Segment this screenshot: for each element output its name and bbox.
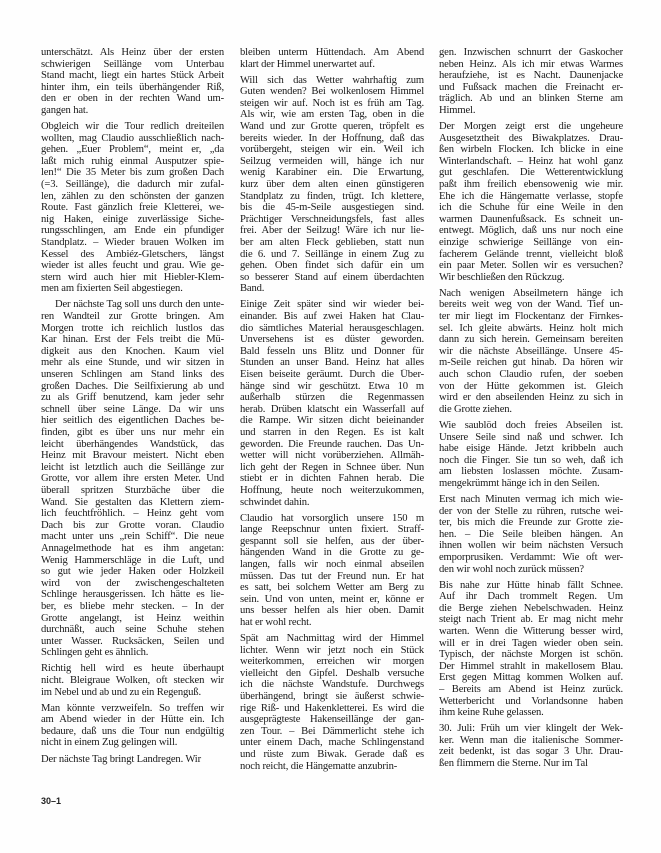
text-line: habe eisige Hände. Jetzt kribbeln auch xyxy=(439,443,623,455)
page-number: 30–1 xyxy=(41,796,61,806)
text-line: Spät am Nachmittag wird der Himmel xyxy=(240,633,424,645)
paragraph: Will sich das Wetter wahrhaftig zumGuten… xyxy=(240,75,424,295)
text-line: lich feuchtfröhlich. – Heinz geht vom xyxy=(41,508,224,520)
text-line: len, zählen zu den schönsten der ganzen xyxy=(41,191,224,203)
text-line: wird von der zwischengeschalteten xyxy=(41,578,224,590)
text-line: Auf ihr Dach trommelt Regen. Um xyxy=(439,591,623,603)
text-line: Prächtiger Verschneidungsfels, fast alle… xyxy=(240,214,424,226)
text-line: warmen Daunenfußsack. Es schneit un- xyxy=(439,214,623,226)
text-line: mehr als eine Stunde, und wir sitzen in xyxy=(41,357,224,369)
text-line: Bis nahe zur Hütte hinab fällt Schnee. xyxy=(439,580,623,592)
text-line: durchnäßt, auch seine Schuhe stehen xyxy=(41,624,224,636)
text-line: ber am alten Fleck geblieben, statt nun xyxy=(240,237,424,249)
text-line: lange Reepschnur unten fixiert. Straff- xyxy=(240,524,424,536)
document-page: unterschätzt. Als Heinz über der erstens… xyxy=(0,0,661,853)
text-line: und Fußsack machen die Freinacht er- xyxy=(439,82,623,94)
text-line: Annagelmethode hat es ihm angetan: xyxy=(41,543,224,555)
text-line: mengekrümmt hänge ich in den Seilen. xyxy=(439,478,623,490)
text-line: und starren in den Regen. Es ist kalt xyxy=(240,427,424,439)
paragraph: Einige Zeit später sind wir wieder bei-e… xyxy=(240,299,424,508)
text-line: hen. – Die Seile bleiben hängen. An xyxy=(439,529,623,541)
text-line: uns besser helfen als hier oben. Damit xyxy=(240,605,424,617)
text-line: Erst gegen Mittag kommen Wolken auf. xyxy=(439,672,623,684)
text-line: so besserer Stand auf einem überdachten xyxy=(240,272,424,284)
paragraph: Der nächste Tag bringt Landregen. Wir xyxy=(41,754,224,766)
text-line: Stunden an unser Band. Heinz hat alles xyxy=(240,357,424,369)
text-line: einzige schwierige Seillänge von ein- xyxy=(439,237,623,249)
text-column-1: unterschätzt. Als Heinz über der erstens… xyxy=(41,47,224,770)
text-line: rige Riß- und Hakenkletterei. Es wird di… xyxy=(240,703,424,715)
text-line: Standplatz. – Wieder brauen Wolken im xyxy=(41,237,224,249)
text-line: unter einem Dach, mache Schlingenstand xyxy=(240,737,424,749)
text-line: wir die nächste Abseillänge. Unsere 45- xyxy=(439,346,623,358)
text-line: bereits weit weg von der Wand. Tief un- xyxy=(439,299,623,311)
text-line: Ausgesetztheit des Biwakplatzes. Drau- xyxy=(439,133,623,145)
text-line: wollten, mag Claudio ausschließlich nach… xyxy=(41,133,224,145)
text-line: stiebt er in dichten Fahnen herab. Die xyxy=(240,473,424,485)
text-line: nicht. Bleigraue Wolken, oft stecken wir xyxy=(41,675,224,687)
text-line: leicht ist letztlich auch die Seillänge … xyxy=(41,462,224,474)
text-line: sel. Ich gleite abwärts. Heinz holt mich xyxy=(439,323,623,335)
text-line: lich geht der Regen in Schnee über. Nun xyxy=(240,462,424,474)
text-line: Ehe ich die Hängematte verlasse, stopfe xyxy=(439,191,623,203)
text-line: len!“ Die 35 Meter bis zum großen Dach xyxy=(41,167,224,179)
text-line: wetter will nicht vorüberziehen. Allmäh- xyxy=(240,450,424,462)
text-line: rungsschlingen, am Ende ein pfundiger xyxy=(41,225,224,237)
text-line: Kessel des Ambiéz-Gletschers, längst xyxy=(41,249,224,261)
text-line: Eisen beiseite geräumt. Durch die Über- xyxy=(240,369,424,381)
text-line: dio sämtliches Material herausgeschlagen… xyxy=(240,323,424,335)
text-line: gehen. „Euer Problem“, meint er, „da xyxy=(41,144,224,156)
text-line: Dach bis zur Grotte voran. Claudio xyxy=(41,520,224,532)
text-line: Der Himmel strahlt in makellosem Blau. xyxy=(439,661,623,673)
text-line: Heinz mit Bravour meistert. Nicht eben xyxy=(41,450,224,462)
text-line: men am fixierten Seil abgestiegen. xyxy=(41,283,224,295)
text-line: außerhalb stürzen die Regenmassen xyxy=(240,392,424,404)
text-line: will er in drei Tagen wieder oben sein. xyxy=(439,638,623,650)
text-line: m-Seile reichen gut hinab. Da hören wir xyxy=(439,357,623,369)
text-line: Der nächste Tag soll uns durch den unte- xyxy=(41,299,224,311)
text-line: Typisch, der nächste Morgen ist schön. xyxy=(439,649,623,661)
text-line: geworden. Die Freunde rauchen. Das Un- xyxy=(240,439,424,451)
text-line: entwegt. Möglich, daß uns nur noch eine xyxy=(439,225,623,237)
text-line: 30. Juli: Früh um vier klingelt der Wek- xyxy=(439,723,623,735)
text-line: facherem Gelände trennt, vielleicht bloß xyxy=(439,249,623,261)
text-line: schwindet dahin. xyxy=(240,497,424,509)
text-line: Unversehens ist es düster geworden. xyxy=(240,334,424,346)
text-line: von der Hütte gekommen ist. Gleich xyxy=(439,381,623,393)
text-line: kurz über dem alten einen günstigeren xyxy=(240,179,424,191)
text-line: Hoffnung, heute noch weiterzukommen, xyxy=(240,485,424,497)
text-line: die Grotte ziehen. xyxy=(439,404,623,416)
text-line: gen. Inzwischen schnurrt der Gaskocher xyxy=(439,47,623,59)
text-line: paßt ihm freilich ebensowenig wie mir. xyxy=(439,179,623,191)
text-line: langen, falls wir noch einmal abseilen xyxy=(240,559,424,571)
text-line: Standplatz zu finden, trügt. Ich kletter… xyxy=(240,191,424,203)
text-line: laßt mich ruhig einmal Ausputzer spie- xyxy=(41,156,224,168)
text-line: Unsere Seile sind naß und schwer. Ich xyxy=(439,432,623,444)
paragraph: Wie saublöd doch freies Abseilen ist.Uns… xyxy=(439,420,623,490)
text-line: steigt nach Trient ab. Er mag nicht mehr xyxy=(439,614,623,626)
paragraph: Man könnte verzweifeln. So treffen wiram… xyxy=(41,703,224,749)
text-line: gut geschlafen. Die Wetterentwicklung xyxy=(439,167,623,179)
paragraph: Obgleich wir die Tour redlich dreiteilen… xyxy=(41,121,224,295)
text-line: bleiben unterm Hüttendach. Am Abend xyxy=(240,47,424,59)
text-line: frei. Aber der Seilzug! Wäre ich nur lie… xyxy=(240,225,424,237)
paragraph: Der nächste Tag soll uns durch den unte-… xyxy=(41,299,224,658)
text-line: nicht in einem Zug gelingen will. xyxy=(41,737,224,749)
text-line: heraufziehe, ist es Nacht. Daunenjacke xyxy=(439,70,623,82)
text-line: auch schon Claudio rufen, der soeben xyxy=(439,369,623,381)
paragraph: Bis nahe zur Hütte hinab fällt Schnee.Au… xyxy=(439,580,623,719)
text-line: ihm keine Ruhe gelassen. xyxy=(439,707,623,719)
text-line: Route. Fast gänzlich freie Kletterei, we… xyxy=(41,202,224,214)
text-line: die 6. und 7. Seillänge in einem Zug zu xyxy=(240,249,424,261)
text-line: ich die Schuhe für eine Weile in den xyxy=(439,202,623,214)
text-line: zen Tour. – Bei Dämmerlicht stehe ich xyxy=(240,726,424,738)
paragraph: Der Morgen zeigt erst die ungeheureAusge… xyxy=(439,121,623,283)
text-line: Wenig Hammerschläge in die Luft, und xyxy=(41,555,224,567)
text-line: Wetterbericht und Vorlandsonne haben xyxy=(439,696,623,708)
paragraph: Erst nach Minuten vermag ich mich wie-de… xyxy=(439,494,623,575)
text-line: so gut wie jeder Haken oder Holzkeil xyxy=(41,566,224,578)
text-line: noch die Finger. Sie tun so weh, daß ich xyxy=(439,455,623,467)
text-line: macht unter uns „rein Schiff“. Die neue xyxy=(41,531,224,543)
text-line: Winterlandschaft. – Heinz hat wohl ganz xyxy=(439,156,623,168)
text-line: bereits wieder. In der Hoffnung, daß das xyxy=(240,133,424,145)
text-line: am liebsten loslassen möchte. Zusam- xyxy=(439,466,623,478)
text-line: ter, bis mich die Freunde zur Grotte zie… xyxy=(439,517,623,529)
text-line: steigen wir auf. Noch ist es früh am Tag… xyxy=(240,98,424,110)
text-line: gangen hat. xyxy=(41,105,224,117)
text-line: überall spritzen Sturzbäche über die xyxy=(41,485,224,497)
text-line: Band. xyxy=(240,283,424,295)
text-line: Schlinge herausgerissen. Ich hätte es li… xyxy=(41,589,224,601)
text-line: vielleicht den Gipfel. Deshalb versuche xyxy=(240,668,424,680)
text-line: dann zu sich herein. Gemeinsam bereiten xyxy=(439,334,623,346)
text-line: unter Wasser. Rucksäcken, Seilen und xyxy=(41,636,224,648)
text-line: Schlingen geht es ähnlich. xyxy=(41,647,224,659)
text-line: die Berge ziehen Nebelschwaden. Heinz xyxy=(439,603,623,615)
text-line: hängenden Wand in die Grotte zu ge- xyxy=(240,547,424,559)
text-line: ausgeprägteste Hakenseillänge der gan- xyxy=(240,714,424,726)
text-line: Wand und zur Grotte queren, tröpfelt es xyxy=(240,121,424,133)
text-line: wenig Karabiner ein. Die Erwartung, xyxy=(240,167,424,179)
text-line: gehen. Oben findet sich dafür ein um xyxy=(240,260,424,272)
text-line: ker. Wenn man die italienische Sommer- xyxy=(439,735,623,747)
text-line: nig Haken, einige zuverlässige Siche- xyxy=(41,214,224,226)
text-column-2: bleiben unterm Hüttendach. Am Abendklart… xyxy=(240,47,424,777)
paragraph: bleiben unterm Hüttendach. Am Abendklart… xyxy=(240,47,424,70)
text-line: am Abend wieder in der Hütte ein. Ich xyxy=(41,714,224,726)
text-line: stern wird auch hier mit Hiebler-Klem- xyxy=(41,272,224,284)
text-line: der von der Stelle zu rühren, rutsche we… xyxy=(439,506,623,518)
text-line: Als wir, wie am ersten Tag, oben in die xyxy=(240,109,424,121)
text-line: schnell über seine Länge. Da wir uns xyxy=(41,404,224,416)
text-line: neben Heinz. Als ich mir etwas Warmes xyxy=(439,59,623,71)
text-line: ber, es bliebe mehr stecken. – In der xyxy=(41,601,224,613)
text-line: ter mir liegt im Flockentanz der Firnkes… xyxy=(439,311,623,323)
text-line: ßen flimmern die Sterne. Nur im Tal xyxy=(439,758,623,770)
text-line: Erst nach Minuten vermag ich mich wie- xyxy=(439,494,623,506)
text-line: schwierigen Seillänge vom Unterbau xyxy=(41,59,224,71)
text-line: Claudio hat vorsorglich unsere 150 m xyxy=(240,513,424,525)
text-line: sein. Und von unten, meint er, könne er xyxy=(240,594,424,606)
text-line: ich die nächste Wandstufe. Durchwegs xyxy=(240,679,424,691)
text-line: und rüste zum Biwak. Gerade daß es xyxy=(240,749,424,761)
text-line: überhängend, bringt sie äußerst schwie- xyxy=(240,691,424,703)
paragraph: gen. Inzwischen schnurrt der Gaskocherne… xyxy=(439,47,623,117)
text-line: im Nebel und ab und zu ein Regenguß. xyxy=(41,687,224,699)
text-line: Wand. Sie gestalten das Klettern ziem- xyxy=(41,497,224,509)
text-line: ßen wirbeln Flocken. Ich blicke in eine xyxy=(439,144,623,156)
text-line: Einige Zeit später sind wir wieder bei- xyxy=(240,299,424,311)
text-line: leicht überhängendes Wandstück, das xyxy=(41,439,224,451)
text-line: Morgen trotte ich reichlich lustlos das xyxy=(41,323,224,335)
text-line: (=3. Seillänge), die dadurch mir zufal- xyxy=(41,179,224,191)
text-line: herab. Drüben klatscht ein Wasserfall au… xyxy=(240,404,424,416)
text-line: träglich. Ab und an blinken Sterne am xyxy=(439,93,623,105)
text-line: den er oben in der rechten Wand um- xyxy=(41,93,224,105)
text-column-3: gen. Inzwischen schnurrt der Gaskocherne… xyxy=(439,47,623,774)
text-line: digkeit aus den Knochen. Kaum viel xyxy=(41,346,224,358)
text-line: bedaure, daß uns die Tour nun endgültig xyxy=(41,726,224,738)
text-line: lichter. Wenn wir jetzt noch ein Stück xyxy=(240,645,424,657)
text-line: Der nächste Tag bringt Landregen. Wir xyxy=(41,754,224,766)
text-line: wieder ist alles feucht und grau. Wie ge… xyxy=(41,260,224,272)
text-line: klart der Himmel unerwartet auf. xyxy=(240,59,424,71)
text-line: Stand macht, liegt ein hartes Stück Arbe… xyxy=(41,70,224,82)
text-line: zeit bedenkt, ist das sogar 3 Uhr. Drau- xyxy=(439,746,623,758)
text-line: Der Morgen zeigt erst die ungeheure xyxy=(439,121,623,133)
text-line: zu als Griff benutzend, kam jeder sehr xyxy=(41,392,224,404)
text-line: hinter ihm, ein teils überhängender Riß, xyxy=(41,82,224,94)
text-line: ein paar Meter. Sollen wir es versuchen? xyxy=(439,260,623,272)
paragraph: Nach wenigen Abseilmetern hänge ichberei… xyxy=(439,288,623,416)
text-line: hänge sind wir geschützt. Etwa 10 m xyxy=(240,381,424,393)
text-line: Obgleich wir die Tour redlich dreiteilen xyxy=(41,121,224,133)
text-line: Nach wenigen Abseilmetern hänge ich xyxy=(439,288,623,300)
text-line: unterschätzt. Als Heinz über der ersten xyxy=(41,47,224,59)
text-line: die Rampe. Wir sitzen dicht beieinander xyxy=(240,415,424,427)
paragraph: Richtig hell wird es heute überhauptnich… xyxy=(41,663,224,698)
text-line: hier seitlich des eigentlichen Daches be… xyxy=(41,415,224,427)
paragraph: Claudio hat vorsorglich unsere 150 mlang… xyxy=(240,513,424,629)
paragraph: 30. Juli: Früh um vier klingelt der Wek-… xyxy=(439,723,623,769)
text-line: warten. Wenn die Witterung besser wird, xyxy=(439,626,623,638)
text-line: unseren Schlingen am Stand links des xyxy=(41,369,224,381)
text-line: finden, gibt es über uns nur mehr ein xyxy=(41,427,224,439)
text-line: vorübergeht, steigen wir ein. Weil ich xyxy=(240,144,424,156)
text-line: den wir wohl noch zurück müssen? xyxy=(439,564,623,576)
text-line: Will sich das Wetter wahrhaftig zum xyxy=(240,75,424,87)
text-line: Wie saublöd doch freies Abseilen ist. xyxy=(439,420,623,432)
text-line: Richtig hell wird es heute überhaupt xyxy=(41,663,224,675)
text-line: es satt, bei solchem Wetter am Berg zu xyxy=(240,582,424,594)
text-line: noch reicht, die Hängematte anzubrin- xyxy=(240,761,424,773)
text-line: ihnen wollen wir beim nächsten Versuch xyxy=(439,540,623,552)
text-line: Seilzug vermeiden will, hänge ich nur xyxy=(240,156,424,168)
text-line: müssen. Das tut der Freund nun. Er hat xyxy=(240,571,424,583)
text-line: Kar hinan. Erst der Fels treibt die Mü- xyxy=(41,334,224,346)
text-line: – Bereits am Abend ist Heinz zurück. xyxy=(439,684,623,696)
text-line: gespannt soll sie helfen, aus der über- xyxy=(240,536,424,548)
text-line: Grotte angelangt, ist Heinz weithin xyxy=(41,613,224,625)
text-line: wird er den abseilenden Heinz zu sich in xyxy=(439,392,623,404)
text-line: bis die 45-m-Seile ausgestiegen sind. xyxy=(240,202,424,214)
text-line: Bald fesseln uns Blitz und Donner für xyxy=(240,346,424,358)
text-line: Grotte, vor allem ihre ersten Meter. Und xyxy=(41,473,224,485)
text-line: einander. Bis auf zwei Haken hat Clau- xyxy=(240,311,424,323)
text-line: hat er wohl recht. xyxy=(240,617,424,629)
text-line: weiterkommen, erreichen wir morgen xyxy=(240,656,424,668)
text-line: Guten wenden? Bei wolkenlosem Himmel xyxy=(240,86,424,98)
text-line: Himmel. xyxy=(439,105,623,117)
text-line: Wir beschließen den Rückzug. xyxy=(439,272,623,284)
text-line: emporprusiken. Verdammt: Wie oft wer- xyxy=(439,552,623,564)
paragraph: Spät am Nachmittag wird der Himmellichte… xyxy=(240,633,424,772)
text-line: großen Daches. Die Seilfixierung ab und xyxy=(41,381,224,393)
text-line: Man könnte verzweifeln. So treffen wir xyxy=(41,703,224,715)
paragraph: unterschätzt. Als Heinz über der erstens… xyxy=(41,47,224,117)
text-line: ren Wandteil zur Grotte bringen. Am xyxy=(41,311,224,323)
